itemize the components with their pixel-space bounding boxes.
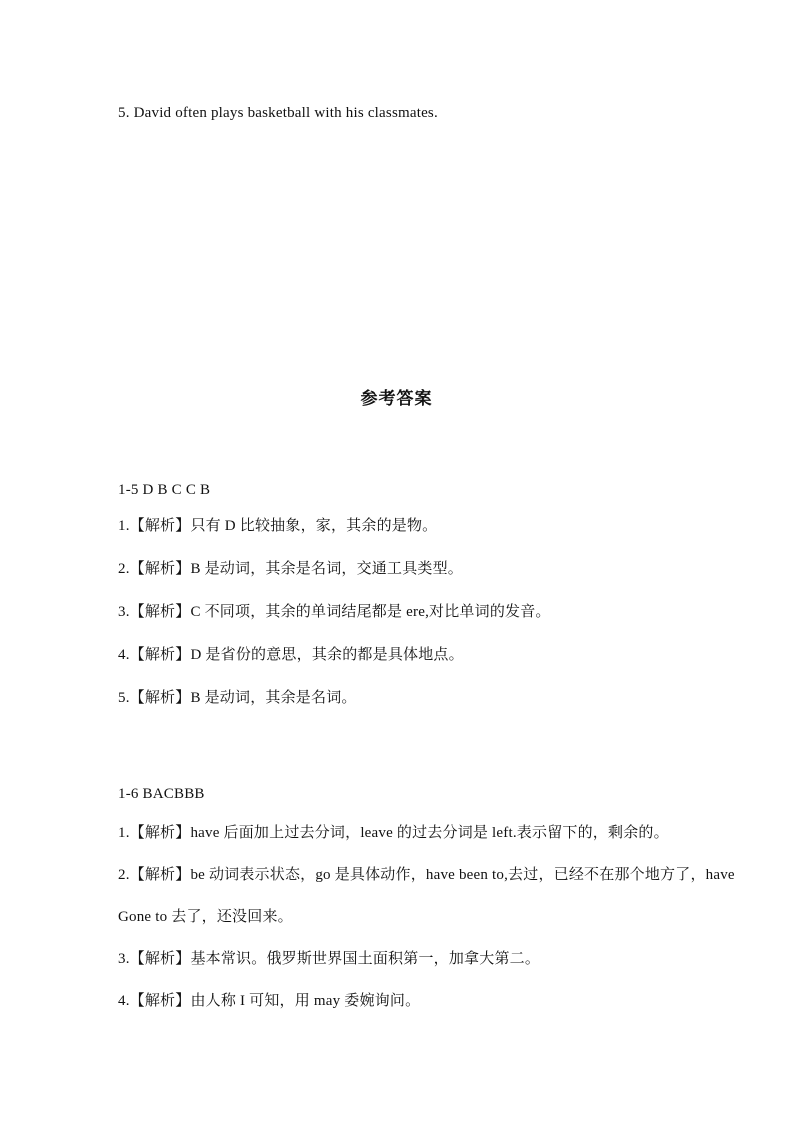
section-2-explanation-1: 1.【解析】have 后面加上过去分词，leave 的过去分词是 left.表示… [118,824,753,843]
section-2-explanation-2: 2.【解析】be 动词表示状态，go 是具体动作，have been to,去过… [118,866,753,885]
section-1-explanation-2: 2.【解析】B 是动词，其余是名词，交通工具类型。 [118,560,753,579]
section-2-explanation-2-continued: Gone to 去了，还没回来。 [118,908,753,927]
section-2-explanation-4: 4.【解析】由人称 I 可知，用 may 委婉询问。 [118,992,753,1011]
answers-title: 参考答案 [0,384,793,409]
section-1-answer-key: 1-5 D B C C B [118,481,753,500]
section-1-explanation-4: 4.【解析】D 是省份的意思，其余的都是具体地点。 [118,646,753,665]
section-1-explanation-1: 1.【解析】只有 D 比较抽象，家，其余的是物。 [118,517,753,536]
document-page: 5. David often plays basketball with his… [0,0,793,1122]
section-1-explanation-5: 5.【解析】B 是动词，其余是名词。 [118,689,753,708]
section-2-explanation-3: 3.【解析】基本常识。俄罗斯世界国土面积第一，加拿大第二。 [118,950,753,969]
exercise-sentence-5: 5. David often plays basketball with his… [118,104,753,123]
section-1-explanation-3: 3.【解析】C 不同项，其余的单词结尾都是 ere,对比单词的发音。 [118,603,753,622]
section-2-answer-key: 1-6 BACBBB [118,785,753,804]
